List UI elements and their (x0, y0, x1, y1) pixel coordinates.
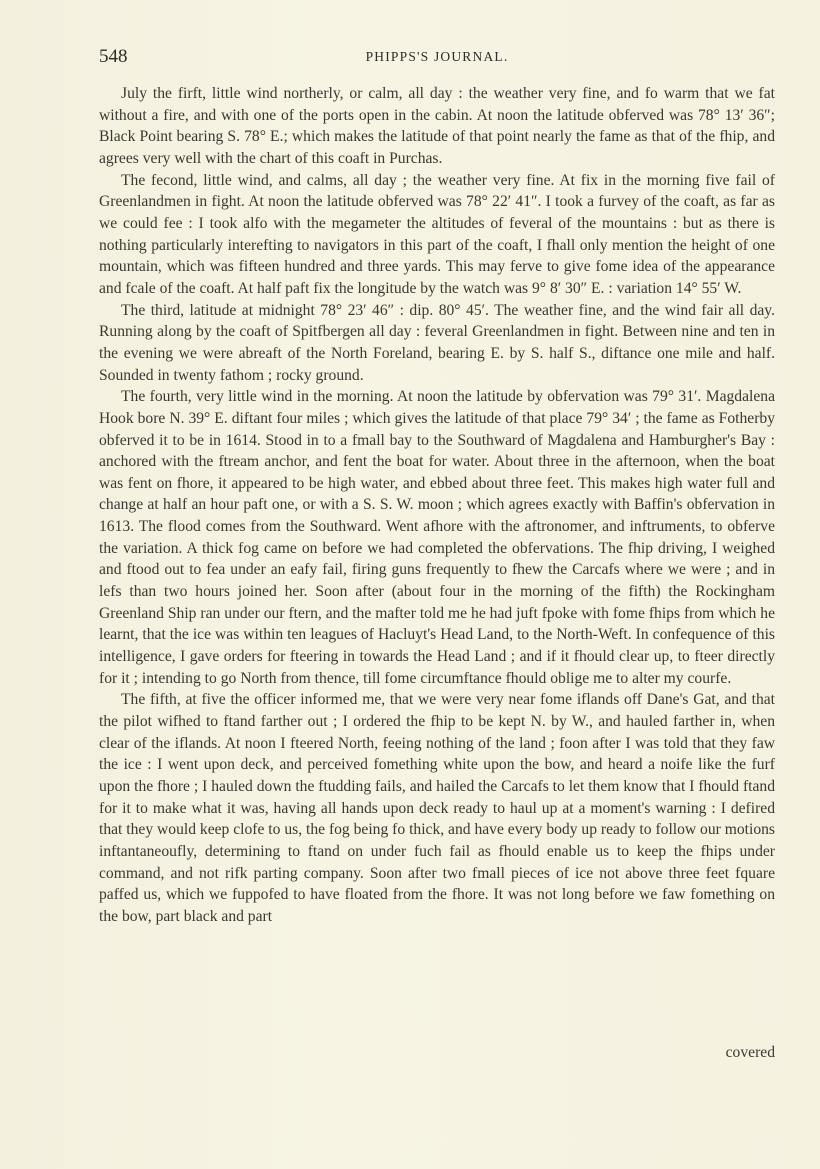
paragraph-july-second: The fecond, little wind, and calms, all … (99, 170, 775, 300)
page-header: 548 PHIPPS'S JOURNAL. (99, 46, 775, 76)
paragraph-july-first: July the firft, little wind northerly, o… (99, 83, 775, 170)
paragraph-july-fifth: The fifth, at five the officer informed … (99, 689, 775, 927)
journal-body: July the firft, little wind northerly, o… (99, 83, 775, 928)
paragraph-july-fourth: The fourth, very little wind in the morn… (99, 386, 775, 689)
book-page: 548 PHIPPS'S JOURNAL. July the firft, li… (0, 0, 820, 1169)
paragraph-july-third: The third, latitude at midnight 78° 23′ … (99, 300, 775, 387)
running-head: PHIPPS'S JOURNAL. (99, 49, 775, 65)
catchword: covered (726, 1044, 775, 1062)
